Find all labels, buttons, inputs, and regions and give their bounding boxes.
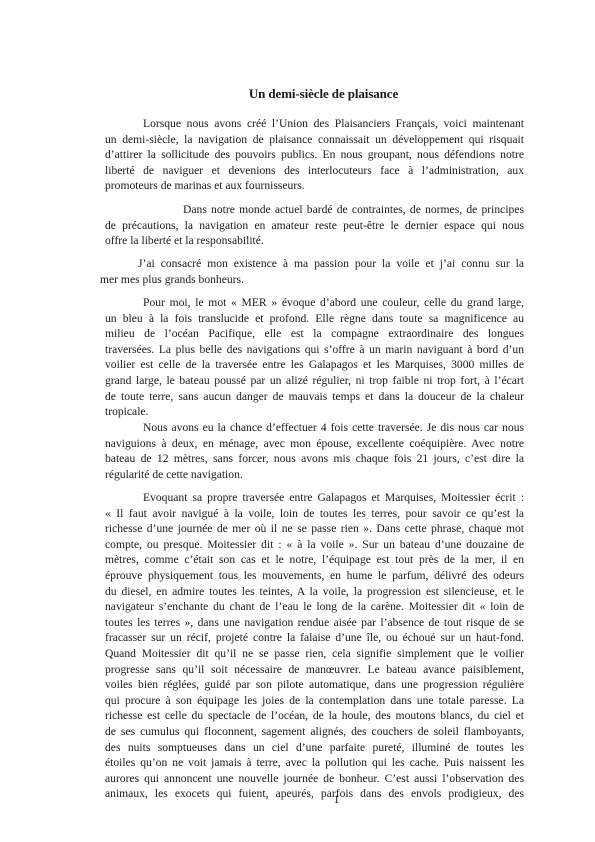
text-line: richesse est celle du spectacle de l’océ… xyxy=(105,708,524,724)
text-line: mètres, comme c’était son cas et le notr… xyxy=(105,552,524,568)
text-line: Quand Moitessier dit qu’il ne se passe r… xyxy=(105,646,524,662)
paragraph-liberty: Dans notre monde actuel bardé de contrai… xyxy=(105,202,524,249)
text-line: du diesel, en admire toutes les teintes,… xyxy=(105,584,524,600)
paragraph-ups-founding: Lorsque nous avons créé l’Union des Plai… xyxy=(105,116,524,194)
text-line: compte, ou presque. Moitessier dit : « à… xyxy=(105,537,524,553)
text-line: Evoquant sa propre traversée entre Galap… xyxy=(105,490,524,506)
text-line: progresse sans qu’il soit nécessaire de … xyxy=(105,662,524,678)
text-line: voiles bien réglées, guidé par son pilot… xyxy=(105,677,524,693)
text-line: Dans notre monde actuel bardé de contrai… xyxy=(105,202,524,218)
text-line: liberté de naviguer et devenions des int… xyxy=(105,163,524,179)
text-line: navigateur s’enchante du chant de l’eau … xyxy=(105,599,524,615)
text-line: un bleu à la fois translucide et profond… xyxy=(105,311,524,327)
text-line: tropicale. xyxy=(105,404,524,420)
text-line: d’attirer la sollicitude des pouvoirs pu… xyxy=(105,147,524,163)
text-line: mer mes plus grands bonheurs. xyxy=(100,272,524,288)
text-line: promoteurs de marinas et aux fournisseur… xyxy=(105,178,524,194)
text-line: traversées. La plus belle des navigation… xyxy=(105,342,524,358)
text-line: voilier est celle de la traversée entre … xyxy=(105,357,524,373)
text-line: bateau de 12 mètres, sans forcer, nous a… xyxy=(105,451,524,467)
paragraph-moitessier: Evoquant sa propre traversée entre Galap… xyxy=(105,490,524,802)
paragraph-crossings: Nous avons eu la chance d’effectuer 4 fo… xyxy=(105,420,524,482)
text-line: Nous avons eu la chance d’effectuer 4 fo… xyxy=(105,420,524,436)
text-line: régularité de cette navigation. xyxy=(105,467,524,483)
text-line: de ses cumulus qui floconnent, sagement … xyxy=(105,724,524,740)
page-number: 1 xyxy=(0,793,595,806)
paragraph-passion: J’ai consacré mon existence à ma passion… xyxy=(100,256,524,287)
text-line: naviguions à deux, en ménage, avec mon é… xyxy=(105,436,524,452)
text-line: qui procure à son équipage les joies de … xyxy=(105,693,524,709)
text-line: étoiles qu’on ne voit jamais à terre, av… xyxy=(105,755,524,771)
text-line: des nuits somptueuses dans un ciel d’une… xyxy=(105,740,524,756)
text-line: de toute terre, sans aucun danger de mau… xyxy=(105,389,524,405)
text-line: Pour moi, le mot « MER » évoque d’abord … xyxy=(105,295,524,311)
paragraph-mer: Pour moi, le mot « MER » évoque d’abord … xyxy=(105,295,524,420)
text-line: toutes les terres », dans une navigation… xyxy=(105,615,524,631)
text-line: fracasser sur un récif, projeté contre l… xyxy=(105,630,524,646)
text-line: milieu de l’océan Pacifique, elle est la… xyxy=(105,326,524,342)
text-line: Lorsque nous avons créé l’Union des Plai… xyxy=(105,116,524,132)
text-line: aurores qui annoncent une nouvelle journ… xyxy=(105,771,524,787)
text-line: J’ai consacré mon existence à ma passion… xyxy=(100,256,524,272)
text-line: offre la liberté et la responsabilité. xyxy=(105,233,524,249)
text-line: « Il faut avoir navigué à la voile, loin… xyxy=(105,506,524,522)
document-title: Un demi-siècle de plaisance xyxy=(0,86,595,102)
text-line: richesse d’une journée de mer où il ne s… xyxy=(105,521,524,537)
document-page: Un demi-siècle de plaisance Lorsque nous… xyxy=(0,0,595,842)
text-line: de précautions, la navigation en amateur… xyxy=(105,218,524,234)
text-line: grand large, le bateau poussé par un ali… xyxy=(105,373,524,389)
text-line: un demi-siècle, la navigation de plaisan… xyxy=(105,132,524,148)
text-line: éprouve physiquement tous les mouvements… xyxy=(105,568,524,584)
